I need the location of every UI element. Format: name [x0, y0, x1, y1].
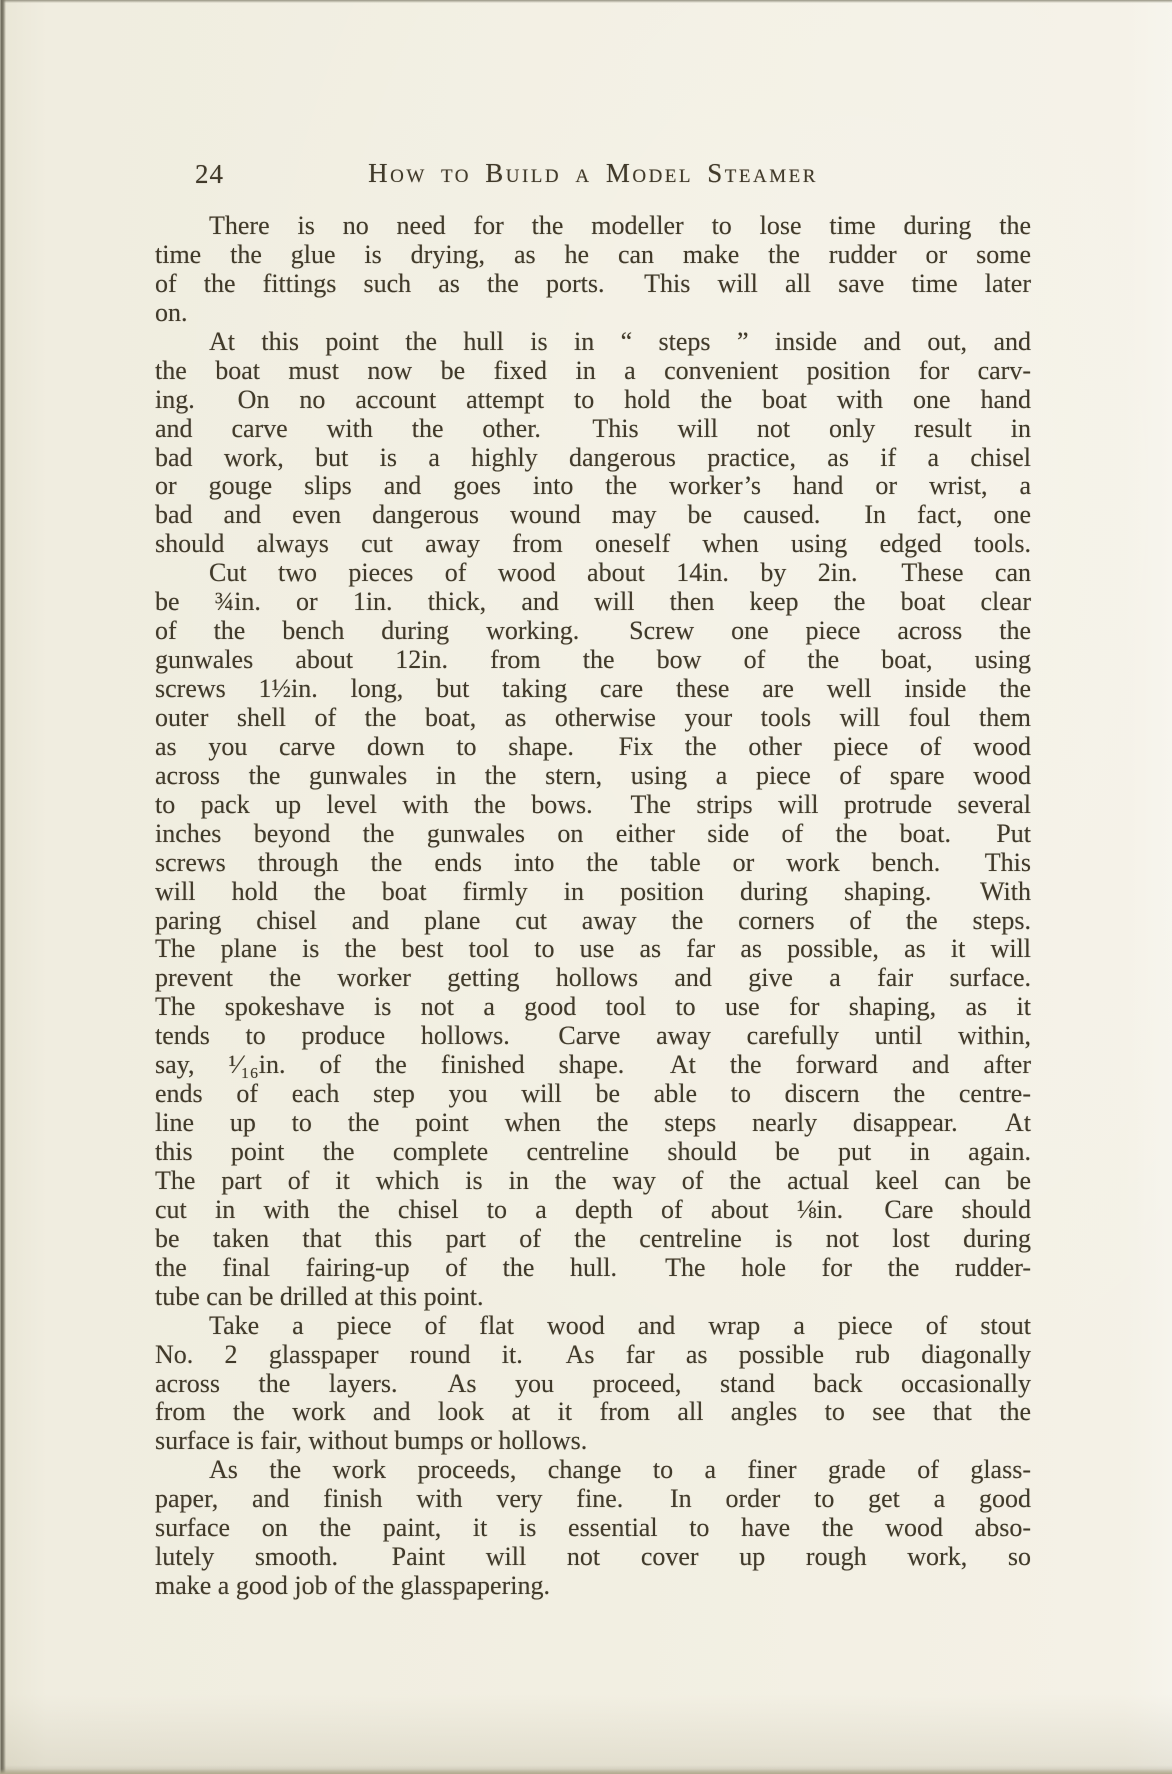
text-line: The spokeshave is not a good tool to use…	[155, 993, 1031, 1022]
text-line: tends to produce hollows. Carve away car…	[155, 1022, 1031, 1051]
text-line: paring chisel and plane cut away the cor…	[155, 907, 1031, 936]
text-line: and carve with the other. This will not …	[155, 415, 1031, 444]
text-line: of the bench during working. Screw one p…	[155, 617, 1031, 646]
running-title: How to Build a Model Steamer	[155, 158, 1031, 189]
text-line: should always cut away from oneself when…	[155, 530, 1031, 559]
text-line: Take a piece of flat wood and wrap a pie…	[155, 1312, 1031, 1341]
body-text: There is no need for the modeller to los…	[155, 212, 1031, 1601]
text-line: surface on the paint, it is essential to…	[155, 1514, 1031, 1543]
text-line: from the work and look at it from all an…	[155, 1398, 1031, 1427]
text-line: The part of it which is in the way of th…	[155, 1167, 1031, 1196]
text-line: screws through the ends into the table o…	[155, 849, 1031, 878]
scanned-book-page: 24 How to Build a Model Steamer There is…	[0, 0, 1172, 1774]
text-line: The plane is the best tool to use as far…	[155, 935, 1031, 964]
text-line: screws 1½in. long, but taking care these…	[155, 675, 1031, 704]
text-line: as you carve down to shape. Fix the othe…	[155, 733, 1031, 762]
scan-edge-bottom	[0, 1769, 1172, 1774]
text-line: There is no need for the modeller to los…	[155, 212, 1031, 241]
text-line: ing. On no account attempt to hold the b…	[155, 386, 1031, 415]
text-line: or gouge slips and goes into the worker’…	[155, 472, 1031, 501]
text-line: the boat must now be fixed in a convenie…	[155, 357, 1031, 386]
text-line: across the layers. As you proceed, stand…	[155, 1370, 1031, 1399]
text-line: bad work, but is a highly dangerous prac…	[155, 444, 1031, 473]
text-line: No. 2 glasspaper round it. As far as pos…	[155, 1341, 1031, 1370]
text-line: prevent the worker getting hollows and g…	[155, 964, 1031, 993]
text-line: the final fairing-up of the hull. The ho…	[155, 1254, 1031, 1283]
text-line: As the work proceeds, change to a finer …	[155, 1456, 1031, 1485]
scan-edge-left	[0, 0, 6, 1774]
text-line: make a good job of the glasspapering.	[155, 1572, 1031, 1601]
scan-edge-top	[0, 0, 1172, 3]
text-line: on.	[155, 299, 1031, 328]
text-line: ends of each step you will be able to di…	[155, 1080, 1031, 1109]
text-line: Cut two pieces of wood about 14in. by 2i…	[155, 559, 1031, 588]
text-line: gunwales about 12in. from the bow of the…	[155, 646, 1031, 675]
text-line: be ¾in. or 1in. thick, and will then kee…	[155, 588, 1031, 617]
text-line: lutely smooth. Paint will not cover up r…	[155, 1543, 1031, 1572]
text-line: At this point the hull is in “ steps ” i…	[155, 328, 1031, 357]
text-line: inches beyond the gunwales on either sid…	[155, 820, 1031, 849]
text-line: be taken that this part of the centrelin…	[155, 1225, 1031, 1254]
text-line: to pack up level with the bows. The stri…	[155, 791, 1031, 820]
text-line: paper, and finish with very fine. In ord…	[155, 1485, 1031, 1514]
text-line: line up to the point when the steps near…	[155, 1109, 1031, 1138]
text-line: outer shell of the boat, as otherwise yo…	[155, 704, 1031, 733]
page-header: 24 How to Build a Model Steamer	[155, 158, 1031, 194]
text-line: tube can be drilled at this point.	[155, 1283, 1031, 1312]
text-line: surface is fair, without bumps or hollow…	[155, 1427, 1031, 1456]
text-line: will hold the boat firmly in position du…	[155, 878, 1031, 907]
text-line: cut in with the chisel to a depth of abo…	[155, 1196, 1031, 1225]
text-line: this point the complete centreline shoul…	[155, 1138, 1031, 1167]
text-line: across the gunwales in the stern, using …	[155, 762, 1031, 791]
text-line: say, ¹⁄₁₆in. of the finished shape. At t…	[155, 1051, 1031, 1080]
text-line: bad and even dangerous wound may be caus…	[155, 501, 1031, 530]
text-line: time the glue is drying, as he can make …	[155, 241, 1031, 270]
text-line: of the fittings such as the ports. This …	[155, 270, 1031, 299]
